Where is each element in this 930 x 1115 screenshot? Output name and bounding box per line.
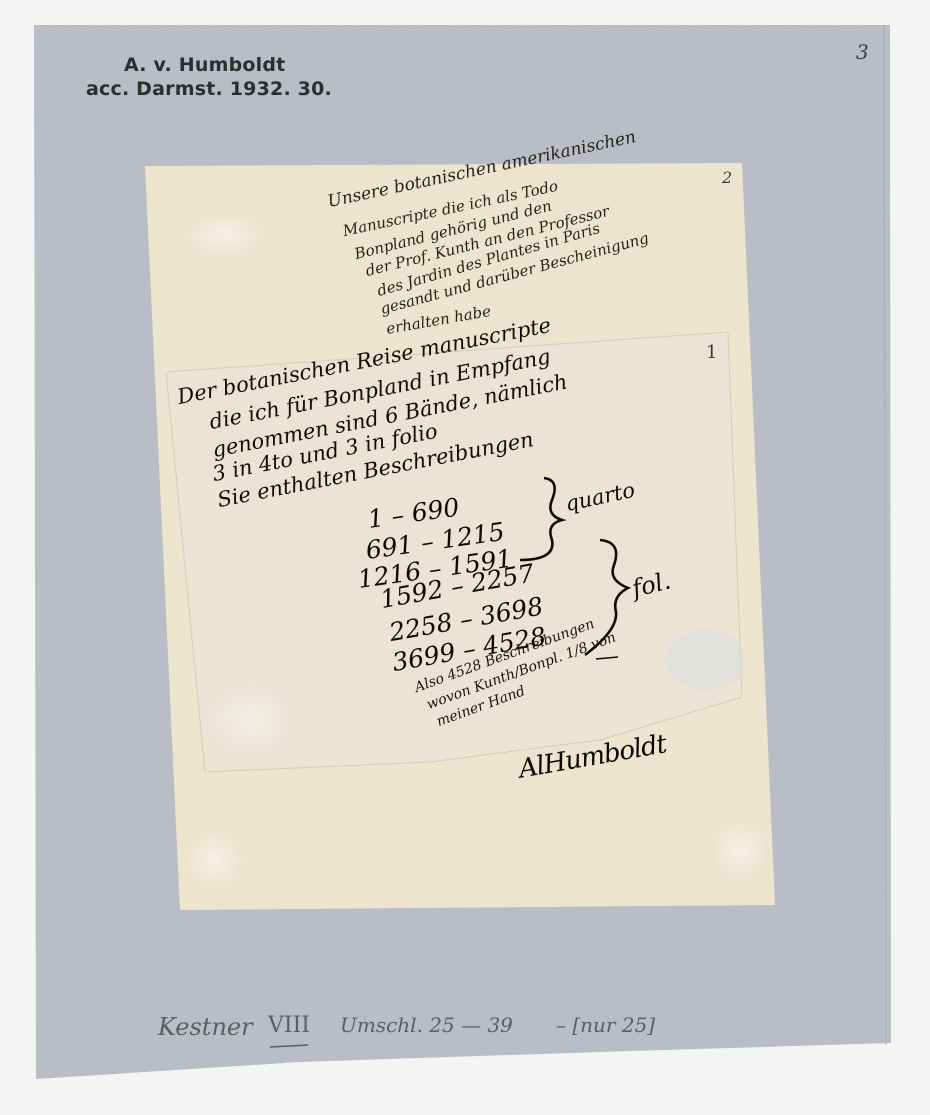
pencil-folder-range: Umschl. 25 — 39 — [340, 1013, 513, 1037]
folio-number-mount: 3 — [856, 40, 869, 64]
archive-scan: A. v. Humboldt acc. Darmst. 1932. 30. 3 … — [0, 0, 930, 1115]
pencil-volume: VIII — [268, 1013, 310, 1038]
pencil-collection: Kestner — [158, 1013, 253, 1041]
collection-stamp-name: A. v. Humboldt — [124, 54, 285, 76]
collection-stamp-accession: acc. Darmst. 1932. 30. — [86, 78, 332, 100]
folio-number-slip: 1 — [706, 342, 717, 363]
pencil-note: – [nur 25] — [556, 1013, 655, 1037]
folio-number-paper: 2 — [722, 168, 732, 187]
range-from: 1 — [366, 503, 386, 534]
